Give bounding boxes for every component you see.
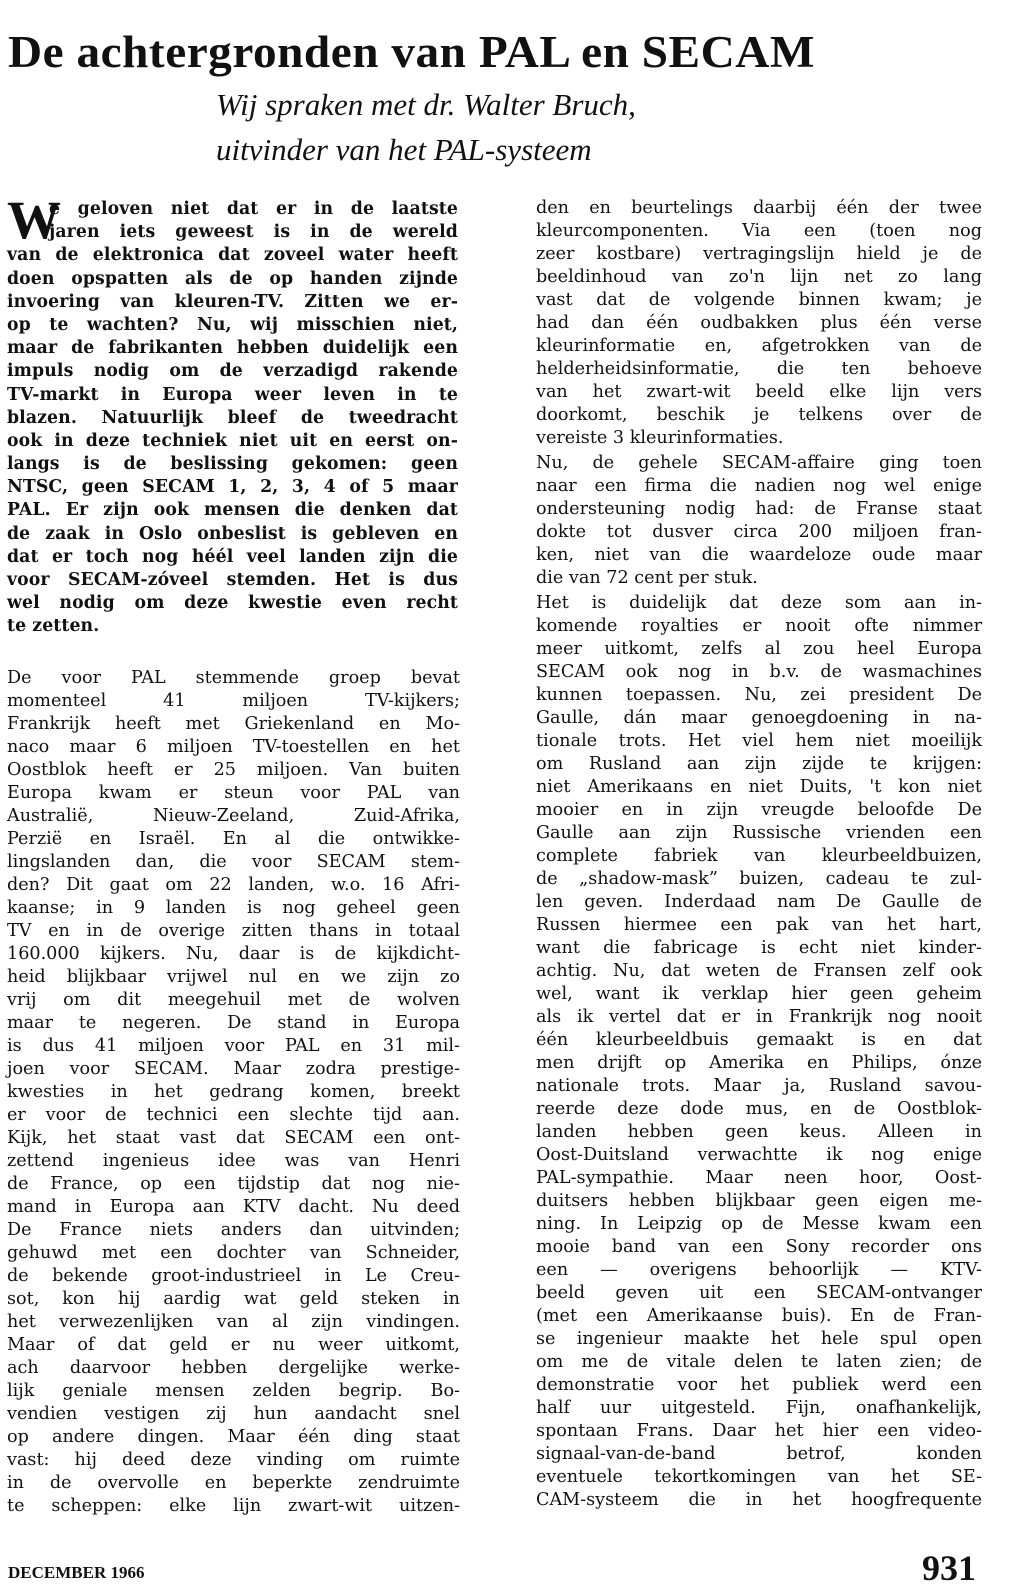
text-line: er voor de technici een slechte tijd aan…: [7, 1104, 460, 1127]
text-line: TV-markt in Europa weer leven in te: [7, 384, 458, 407]
subtitle-line: Wij spraken met dr. Walter Bruch,: [216, 82, 636, 127]
text-line: (met een Amerikaanse buis). En de Fran-: [536, 1305, 982, 1328]
text-line: het verwezenlijken van al zijn vindingen…: [7, 1311, 460, 1334]
text-line: mooie band van een Sony recorder ons: [536, 1236, 982, 1259]
text-line: 160.000 kijkers. Nu, daar is de kijkdich…: [7, 943, 460, 966]
text-line: den en beurtelings daarbij één der twee: [536, 197, 982, 220]
text-line: blazen. Natuurlijk bleef de tweedracht: [7, 407, 458, 430]
text-line: voor SECAM-zóveel stemden. Het is dus: [7, 569, 458, 592]
article-subtitle: Wij spraken met dr. Walter Bruch, uitvin…: [216, 82, 636, 172]
text-line: beeld geven uit een SECAM-ontvanger: [536, 1282, 982, 1305]
text-line: ken, niet van die waardeloze oude maar: [536, 544, 982, 567]
text-line: complete fabriek van kleurbeeldbuizen,: [536, 845, 982, 868]
text-line: Europa kwam er steun voor PAL van: [7, 782, 460, 805]
text-line: heid blijkbaar vrijwel nul en we zijn zo: [7, 966, 460, 989]
text-line: had dan één oudbakken plus één verse: [536, 312, 982, 335]
text-line: als ik vertel dat er in Frankrijk nog no…: [536, 1006, 982, 1029]
text-line: vast dat de volgende binnen kwam; je: [536, 289, 982, 312]
text-line: op andere dingen. Maar één ding staat: [7, 1426, 460, 1449]
text-line: de bekende groot-industrieel in Le Creu-: [7, 1265, 460, 1288]
text-line: Gaulle, dán maar genoegdoening in na-: [536, 707, 982, 730]
text-line: kunnen toepassen. Nu, zei president De: [536, 684, 982, 707]
text-line: se ingenieur maakte het hele spul open: [536, 1328, 982, 1351]
text-line: in de overvolle en beperkte zendruimte: [7, 1472, 460, 1495]
text-line: Gaulle aan zijn Russische vrienden een: [536, 822, 982, 845]
text-line: De voor PAL stemmende groep bevat: [7, 667, 460, 690]
text-line: zeer kostbare) vertragingslijn hield je …: [536, 243, 982, 266]
text-line: Kijk, het staat vast dat SECAM een ont-: [7, 1127, 460, 1150]
page-number: 931: [922, 1550, 976, 1586]
text-line: lingslanden dan, die voor SECAM stem-: [7, 851, 460, 874]
text-line: De France niets anders dan uitvinden;: [7, 1219, 460, 1242]
text-line: spontaan Frans. Daar het hier een video-: [536, 1420, 982, 1443]
text-line: ook in deze techniek niet uit en eerst o…: [7, 430, 458, 453]
intro-paragraph: e geloven niet dat er in de laatstejaren…: [7, 198, 458, 639]
text-line: meer uitkomt, zelfs al zou heel Europa: [536, 638, 982, 661]
text-line: invoering van kleuren-TV. Zitten we er-: [7, 291, 458, 314]
text-line: vast: hij deed deze vinding om ruimte: [7, 1449, 460, 1472]
text-line: mand in Europa aan KTV dacht. Nu deed: [7, 1196, 460, 1219]
text-line: Australië, Nieuw-Zeeland, Zuid-Afrika,: [7, 805, 460, 828]
text-line: om me de vitale delen te laten zien; de: [536, 1351, 982, 1374]
text-line: tionale trots. Het viel hem niet moeilij…: [536, 730, 982, 753]
text-line: ondersteuning nodig had: de Franse staat: [536, 498, 982, 521]
text-line: helderheidsinformatie, die ten behoeve: [536, 358, 982, 381]
text-line: Oost-Duitsland verwachtte ik nog enige: [536, 1144, 982, 1167]
body-column-right: den en beurtelings daarbij één der tweek…: [536, 197, 982, 1512]
text-line: kwesties in het gedrang komen, breekt: [7, 1081, 460, 1104]
text-line: Nu, de gehele SECAM-affaire ging toen: [536, 452, 982, 475]
issue-date: DECEMBER 1966: [8, 1563, 144, 1583]
text-line: naco maar 6 miljoen TV-toestellen en het: [7, 736, 460, 759]
text-line: maar te negeren. De stand in Europa: [7, 1012, 460, 1035]
text-line: de France, op een tijdstip dat nog nie-: [7, 1173, 460, 1196]
text-line: lijk geniale mensen zelden begrip. Bo-: [7, 1380, 460, 1403]
paragraph: Nu, de gehele SECAM-affaire ging toennaa…: [536, 452, 982, 590]
text-line: Perzië en Israël. En al die ontwikke-: [7, 828, 460, 851]
text-line: van het zwart-wit beeld elke lijn vers: [536, 381, 982, 404]
text-line: PAL-sympathie. Maar neen hoor, Oost-: [536, 1167, 982, 1190]
text-line: om Rusland aan zijn zijde te krijgen:: [536, 753, 982, 776]
text-line: NTSC, geen SECAM 1, 2, 3, 4 of 5 maar: [7, 476, 458, 499]
text-line: die van 72 cent per stuk.: [536, 567, 982, 590]
text-line: zettend ingenieus idee was van Henri: [7, 1150, 460, 1173]
text-line: SECAM ook nog in b.v. de wasmachines: [536, 661, 982, 684]
text-line: naar een firma die nadien nog wel enige: [536, 475, 982, 498]
text-line: te scheppen: elke lijn zwart-wit uitzen-: [7, 1495, 460, 1518]
text-line: sot, kon hij aardig wat geld steken in: [7, 1288, 460, 1311]
text-line: nationale trots. Maar ja, Rusland savou-: [536, 1075, 982, 1098]
text-line: vrij om dit meegehuil met de wolven: [7, 989, 460, 1012]
text-line: gehuwd met een dochter van Schneider,: [7, 1242, 460, 1265]
text-line: doorkomt, beschik je telkens over de: [536, 404, 982, 427]
text-line: ach daarvoor hebben dergelijke werke-: [7, 1357, 460, 1380]
text-line: kleurinformatie en, afgetrokken van de: [536, 335, 982, 358]
text-line: een — overigens behoorlijk — KTV-: [536, 1259, 982, 1282]
text-line: de zaak in Oslo onbeslist is gebleven en: [7, 523, 458, 546]
text-line: één kleurbeeldbuis gemaakt is en dat: [536, 1029, 982, 1052]
text-line: signaal-van-de-band betrof, konden: [536, 1443, 982, 1466]
text-line: achtig. Nu, dat weten de Fransen zelf oo…: [536, 960, 982, 983]
paragraph: Het is duidelijk dat deze som aan in-kom…: [536, 592, 982, 1512]
text-line: eventuele tekortkomingen van het SE-: [536, 1466, 982, 1489]
text-line: demonstratie voor het publiek werd een: [536, 1374, 982, 1397]
text-line: langs is de beslissing gekomen: geen: [7, 453, 458, 476]
text-line: len geven. Inderdaad nam De Gaulle de: [536, 891, 982, 914]
text-line: mooier en in zijn vreugde beloofde De: [536, 799, 982, 822]
text-line: joen voor SECAM. Maar zodra prestige-: [7, 1058, 460, 1081]
text-line: PAL. Er zijn ook mensen die denken dat: [7, 499, 458, 522]
text-line: Frankrijk heeft met Griekenland en Mo-: [7, 713, 460, 736]
text-line: want die fabricage is echt niet kinder-: [536, 937, 982, 960]
subtitle-line: uitvinder van het PAL-systeem: [216, 127, 636, 172]
text-line: vereiste 3 kleurinformaties.: [536, 427, 982, 450]
text-line: e geloven niet dat er in de laatste: [7, 198, 458, 221]
text-line: Maar of dat geld er nu weer uitkomt,: [7, 1334, 460, 1357]
text-line: wel nodig om deze kwestie even recht: [7, 592, 458, 615]
text-line: den? Dit gaat om 22 landen, w.o. 16 Afri…: [7, 874, 460, 897]
text-line: TV en in de overige zitten thans in tota…: [7, 920, 460, 943]
text-line: Russen hiermee een pak van het hart,: [536, 914, 982, 937]
text-line: jaren iets geweest is in de wereld: [7, 221, 458, 244]
text-line: niet Amerikaans en niet Duits, 't kon ni…: [536, 776, 982, 799]
text-line: reerde deze dode mus, en de Oostblok-: [536, 1098, 982, 1121]
text-line: kleurcomponenten. Via een (toen nog: [536, 220, 982, 243]
text-line: Oostblok heeft er 25 miljoen. Van buiten: [7, 759, 460, 782]
body-column-left: De voor PAL stemmende groep bevatmomente…: [7, 667, 460, 1518]
text-line: ning. In Leipzig op de Messe kwam een: [536, 1213, 982, 1236]
text-line: kaanse; in 9 landen is nog geheel geen: [7, 897, 460, 920]
text-line: van de elektronica dat zoveel water heef…: [7, 244, 458, 267]
article-title: De achtergronden van PAL en SECAM: [8, 30, 1011, 74]
text-line: doen opspatten als de op handen zijnde: [7, 268, 458, 291]
text-line: op te wachten? Nu, wij misschien niet,: [7, 314, 458, 337]
text-line: duitsers hebben blijkbaar geen eigen me-: [536, 1190, 982, 1213]
text-line: beeldinhoud van zo'n lijn net zo lang: [536, 266, 982, 289]
text-line: CAM-systeem die in het hoogfrequente: [536, 1489, 982, 1512]
paragraph: den en beurtelings daarbij één der tweek…: [536, 197, 982, 450]
text-line: vendien vestigen zij hun aandacht snel: [7, 1403, 460, 1426]
text-line: dokte tot dusver circa 200 miljoen fran-: [536, 521, 982, 544]
text-line: wel, want ik verklap hier geen geheim: [536, 983, 982, 1006]
text-line: komende royalties er nooit ofte nimmer: [536, 615, 982, 638]
text-line: Het is duidelijk dat deze som aan in-: [536, 592, 982, 615]
text-line: landen hebben geen keus. Alleen in: [536, 1121, 982, 1144]
text-line: men drijft op Amerika en Philips, ónze: [536, 1052, 982, 1075]
text-line: te zetten.: [7, 615, 458, 638]
text-line: half uur uitgesteld. Fijn, onafhankelijk…: [536, 1397, 982, 1420]
text-line: maar de fabrikanten hebben duidelijk een: [7, 337, 458, 360]
text-line: is dus 41 miljoen voor PAL en 31 mil-: [7, 1035, 460, 1058]
text-line: de „shadow-mask” buizen, cadeau te zul-: [536, 868, 982, 891]
text-line: momenteel 41 miljoen TV-kijkers;: [7, 690, 460, 713]
text-line: impuls nodig om de verzadigd rakende: [7, 360, 458, 383]
text-line: dat er toch nog héél veel landen zijn di…: [7, 546, 458, 569]
